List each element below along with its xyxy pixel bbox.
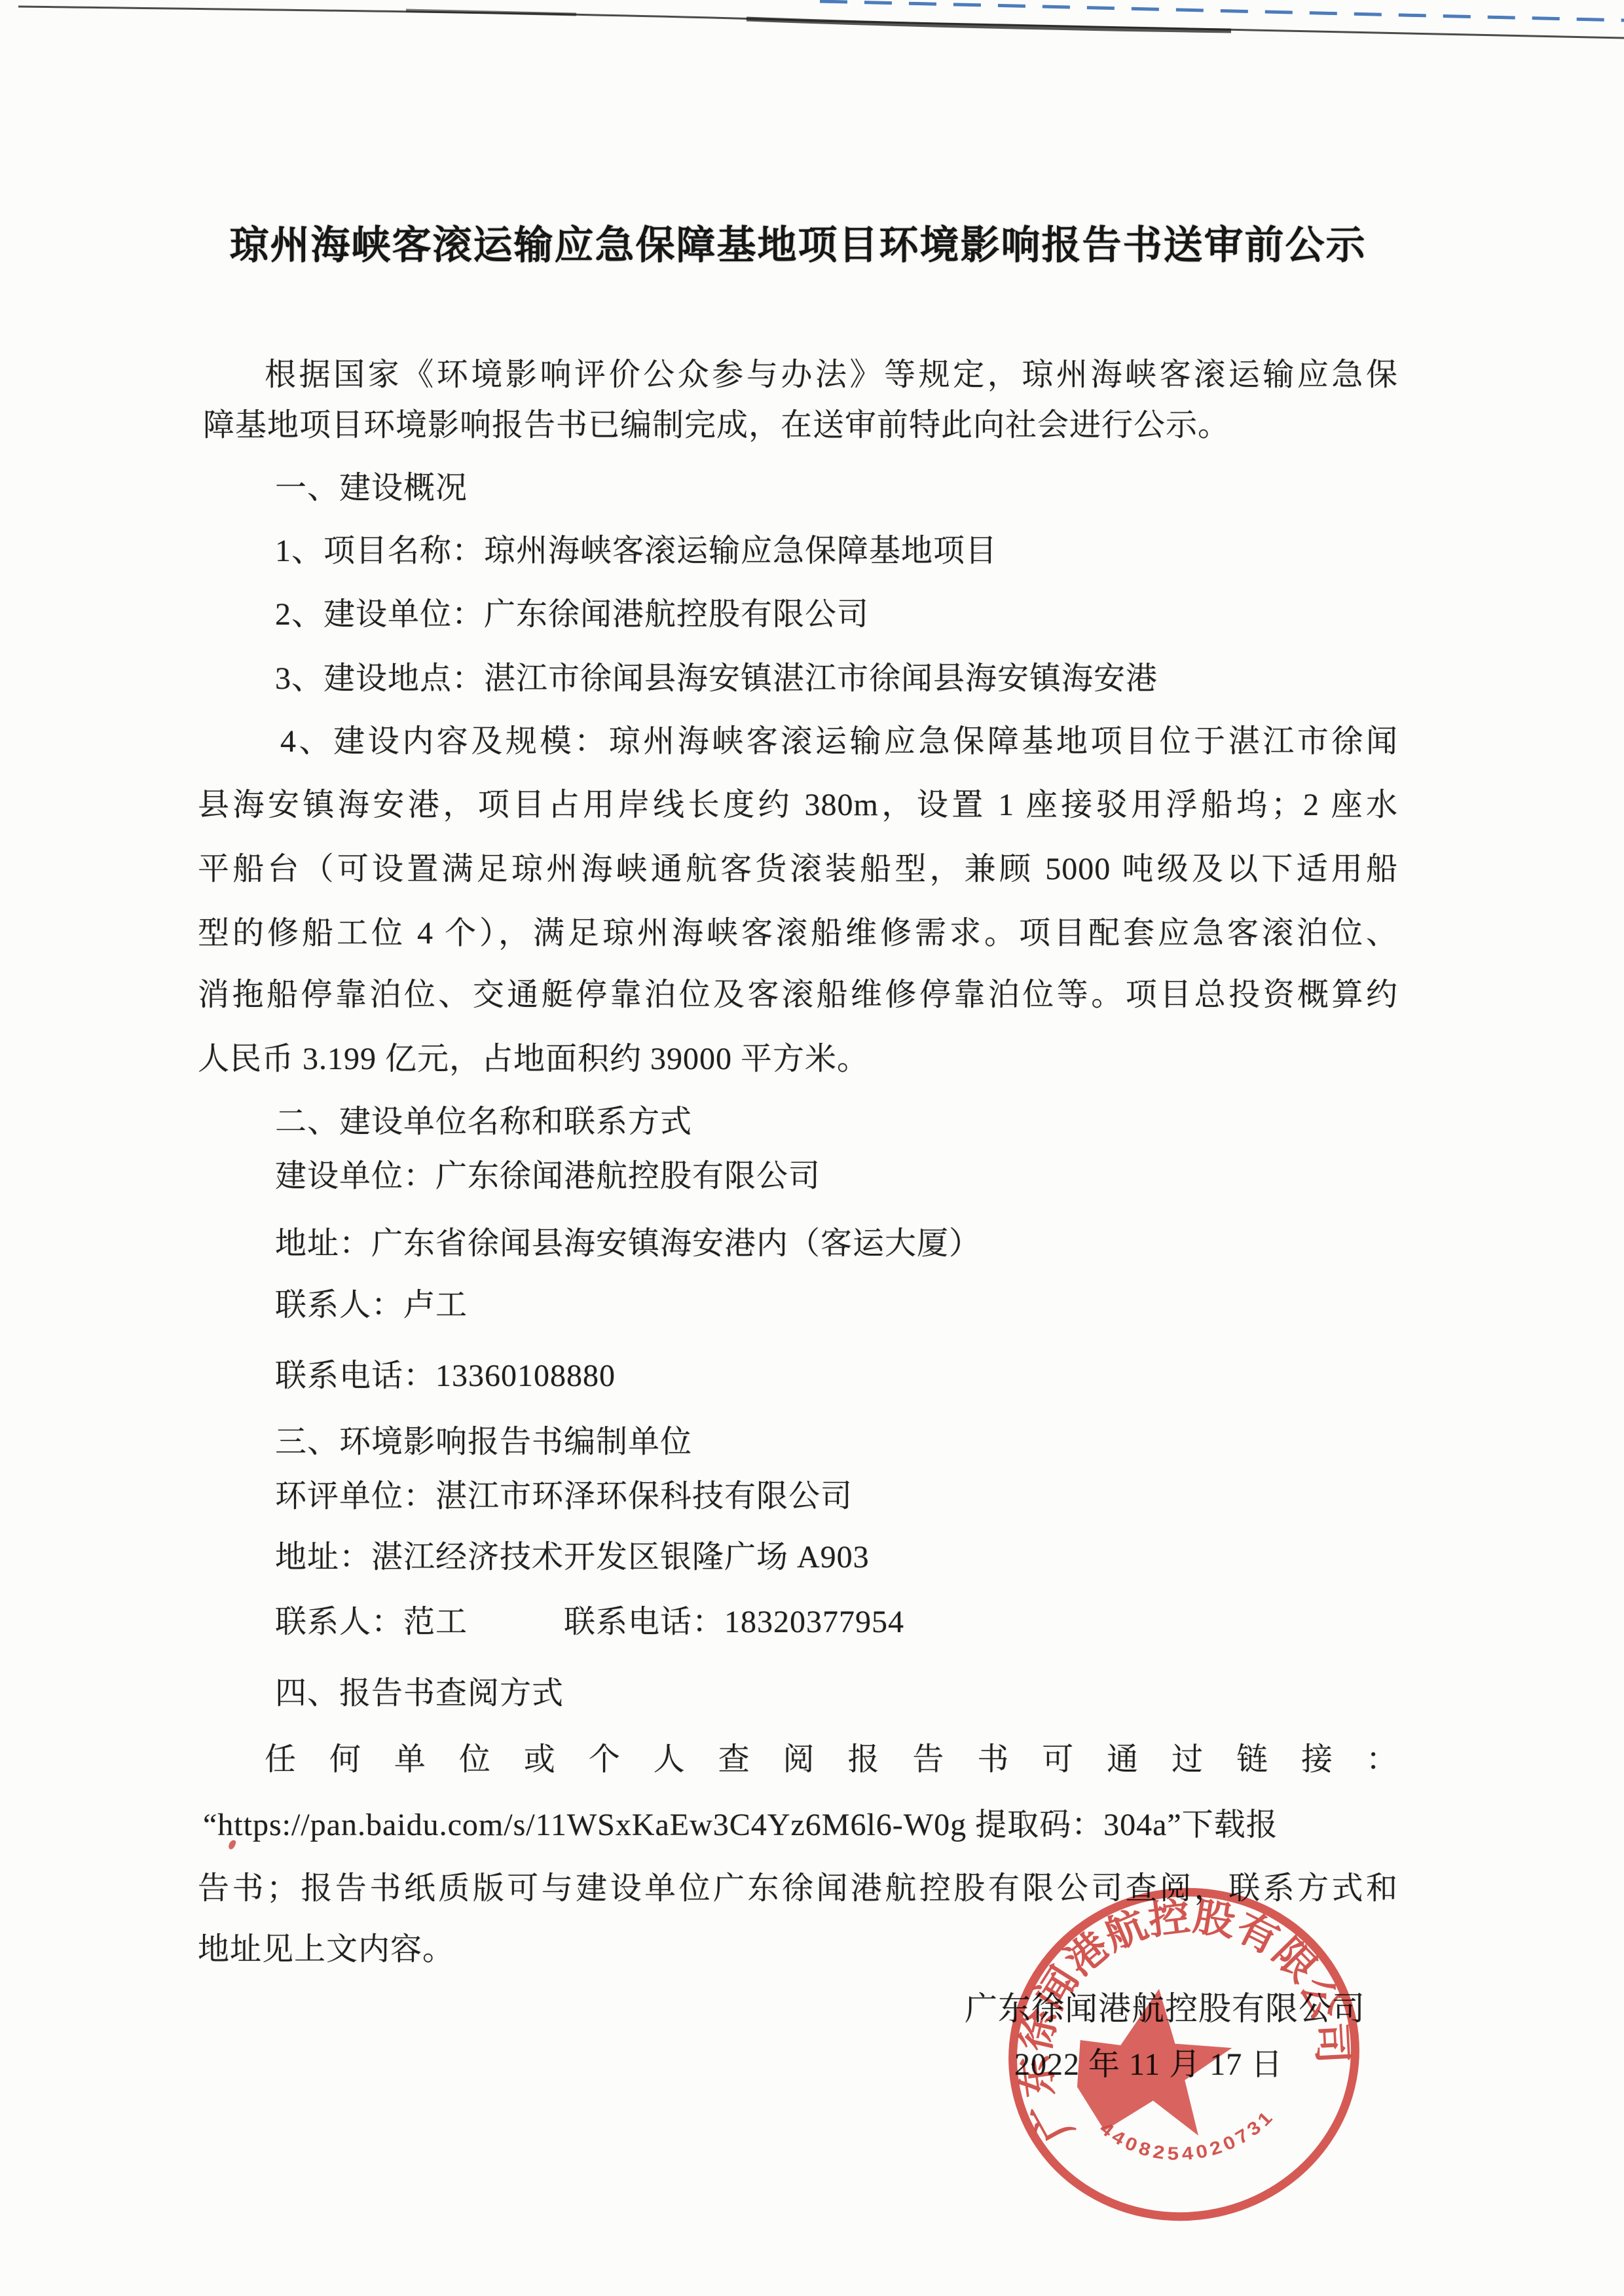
- scan-artifact-black-line-thick: [747, 19, 1231, 31]
- scanned-document-page: 琼州海峡客滚运输应急保障基地项目环境影响报告书送审前公示 根据国家《环境影响评价…: [0, 0, 1624, 2296]
- section2-company: 建设单位：广东徐闻港航控股有限公司: [275, 1158, 821, 1195]
- section4-line: 地址见上文内容。: [198, 1931, 454, 1968]
- section1-item-scope-line: 型的修船工位 4 个），满足琼州海峡客滚船维修需求。项目配套应急客滚泊位、: [198, 915, 1398, 952]
- section1-item-scope-line: 平船台（可设置满足琼州海峡通航客货滚装船型，兼顾 5000 吨级及以下适用船: [198, 851, 1398, 888]
- section3-company: 环评单位：湛江市环泽环保科技有限公司: [275, 1478, 853, 1515]
- section2-phone: 联系电话：13360108880: [275, 1358, 616, 1394]
- section1-item-name: 1、项目名称：琼州海峡客滚运输应急保障基地项目: [275, 533, 997, 570]
- section1-item-site: 3、建设地点：湛江市徐闻县海安镇湛江市徐闻县海安镇海安港: [275, 661, 1158, 697]
- section2-contact: 联系人：卢工: [275, 1287, 468, 1324]
- section4-link-intro: 任何单位或个人查阅报告书可通过链接：: [198, 1741, 1398, 1778]
- section2-address: 地址：广东省徐闻县海安镇海安港内（客运大厦）: [275, 1226, 981, 1262]
- seal-star-icon: [1061, 1977, 1248, 2158]
- section2-heading: 二、建设单位名称和联系方式: [275, 1104, 692, 1140]
- scan-artifact-blue-dashed-line: [820, 1, 1624, 20]
- company-seal: 广东徐闻港航控股有限公司 4408254020731: [1001, 1884, 1374, 2241]
- section3-heading: 三、环境影响报告书编制单位: [275, 1424, 692, 1461]
- scan-artifacts: [0, 0, 1624, 59]
- scan-artifact-black-smudge: [406, 10, 576, 14]
- section1-item-scope-line: 人民币 3.199 亿元，占地面积约 39000 平方米。: [198, 1041, 869, 1078]
- section1-item-scope-line: 4、建设内容及规模：琼州海峡客滚运输应急保障基地项目位于湛江市徐闻: [198, 723, 1398, 760]
- section4-heading: 四、报告书查阅方式: [275, 1675, 564, 1712]
- intro-line: 障基地项目环境影响报告书已编制完成，在送审前特此向社会进行公示。: [203, 407, 1230, 444]
- intro-line: 根据国家《环境影响评价公众参与办法》等规定，琼州海峡客滚运输应急保: [198, 357, 1398, 393]
- section3-address: 地址：湛江经济技术开发区银隆广场 A903: [275, 1539, 870, 1576]
- section1-heading: 一、建设概况: [275, 470, 468, 507]
- section3-contact-phone: 联系人：范工 联系电话：18320377954: [275, 1604, 904, 1641]
- section1-item-unit: 2、建设单位：广东徐闻港航控股有限公司: [275, 596, 869, 633]
- section1-item-scope-line: 消拖船停靠泊位、交通艇停靠泊位及客滚船维修停靠泊位等。项目总投资概算约: [198, 977, 1398, 1013]
- section1-item-scope-line: 县海安镇海安港，项目占用岸线长度约 380m，设置 1 座接驳用浮船坞；2 座水: [198, 787, 1398, 824]
- section4-link-line: “https://pan.baidu.com/s/11WSxKaEw3C4Yz6…: [203, 1807, 1278, 1844]
- page-title: 琼州海峡客滚运输应急保障基地项目环境影响报告书送审前公示: [198, 224, 1398, 267]
